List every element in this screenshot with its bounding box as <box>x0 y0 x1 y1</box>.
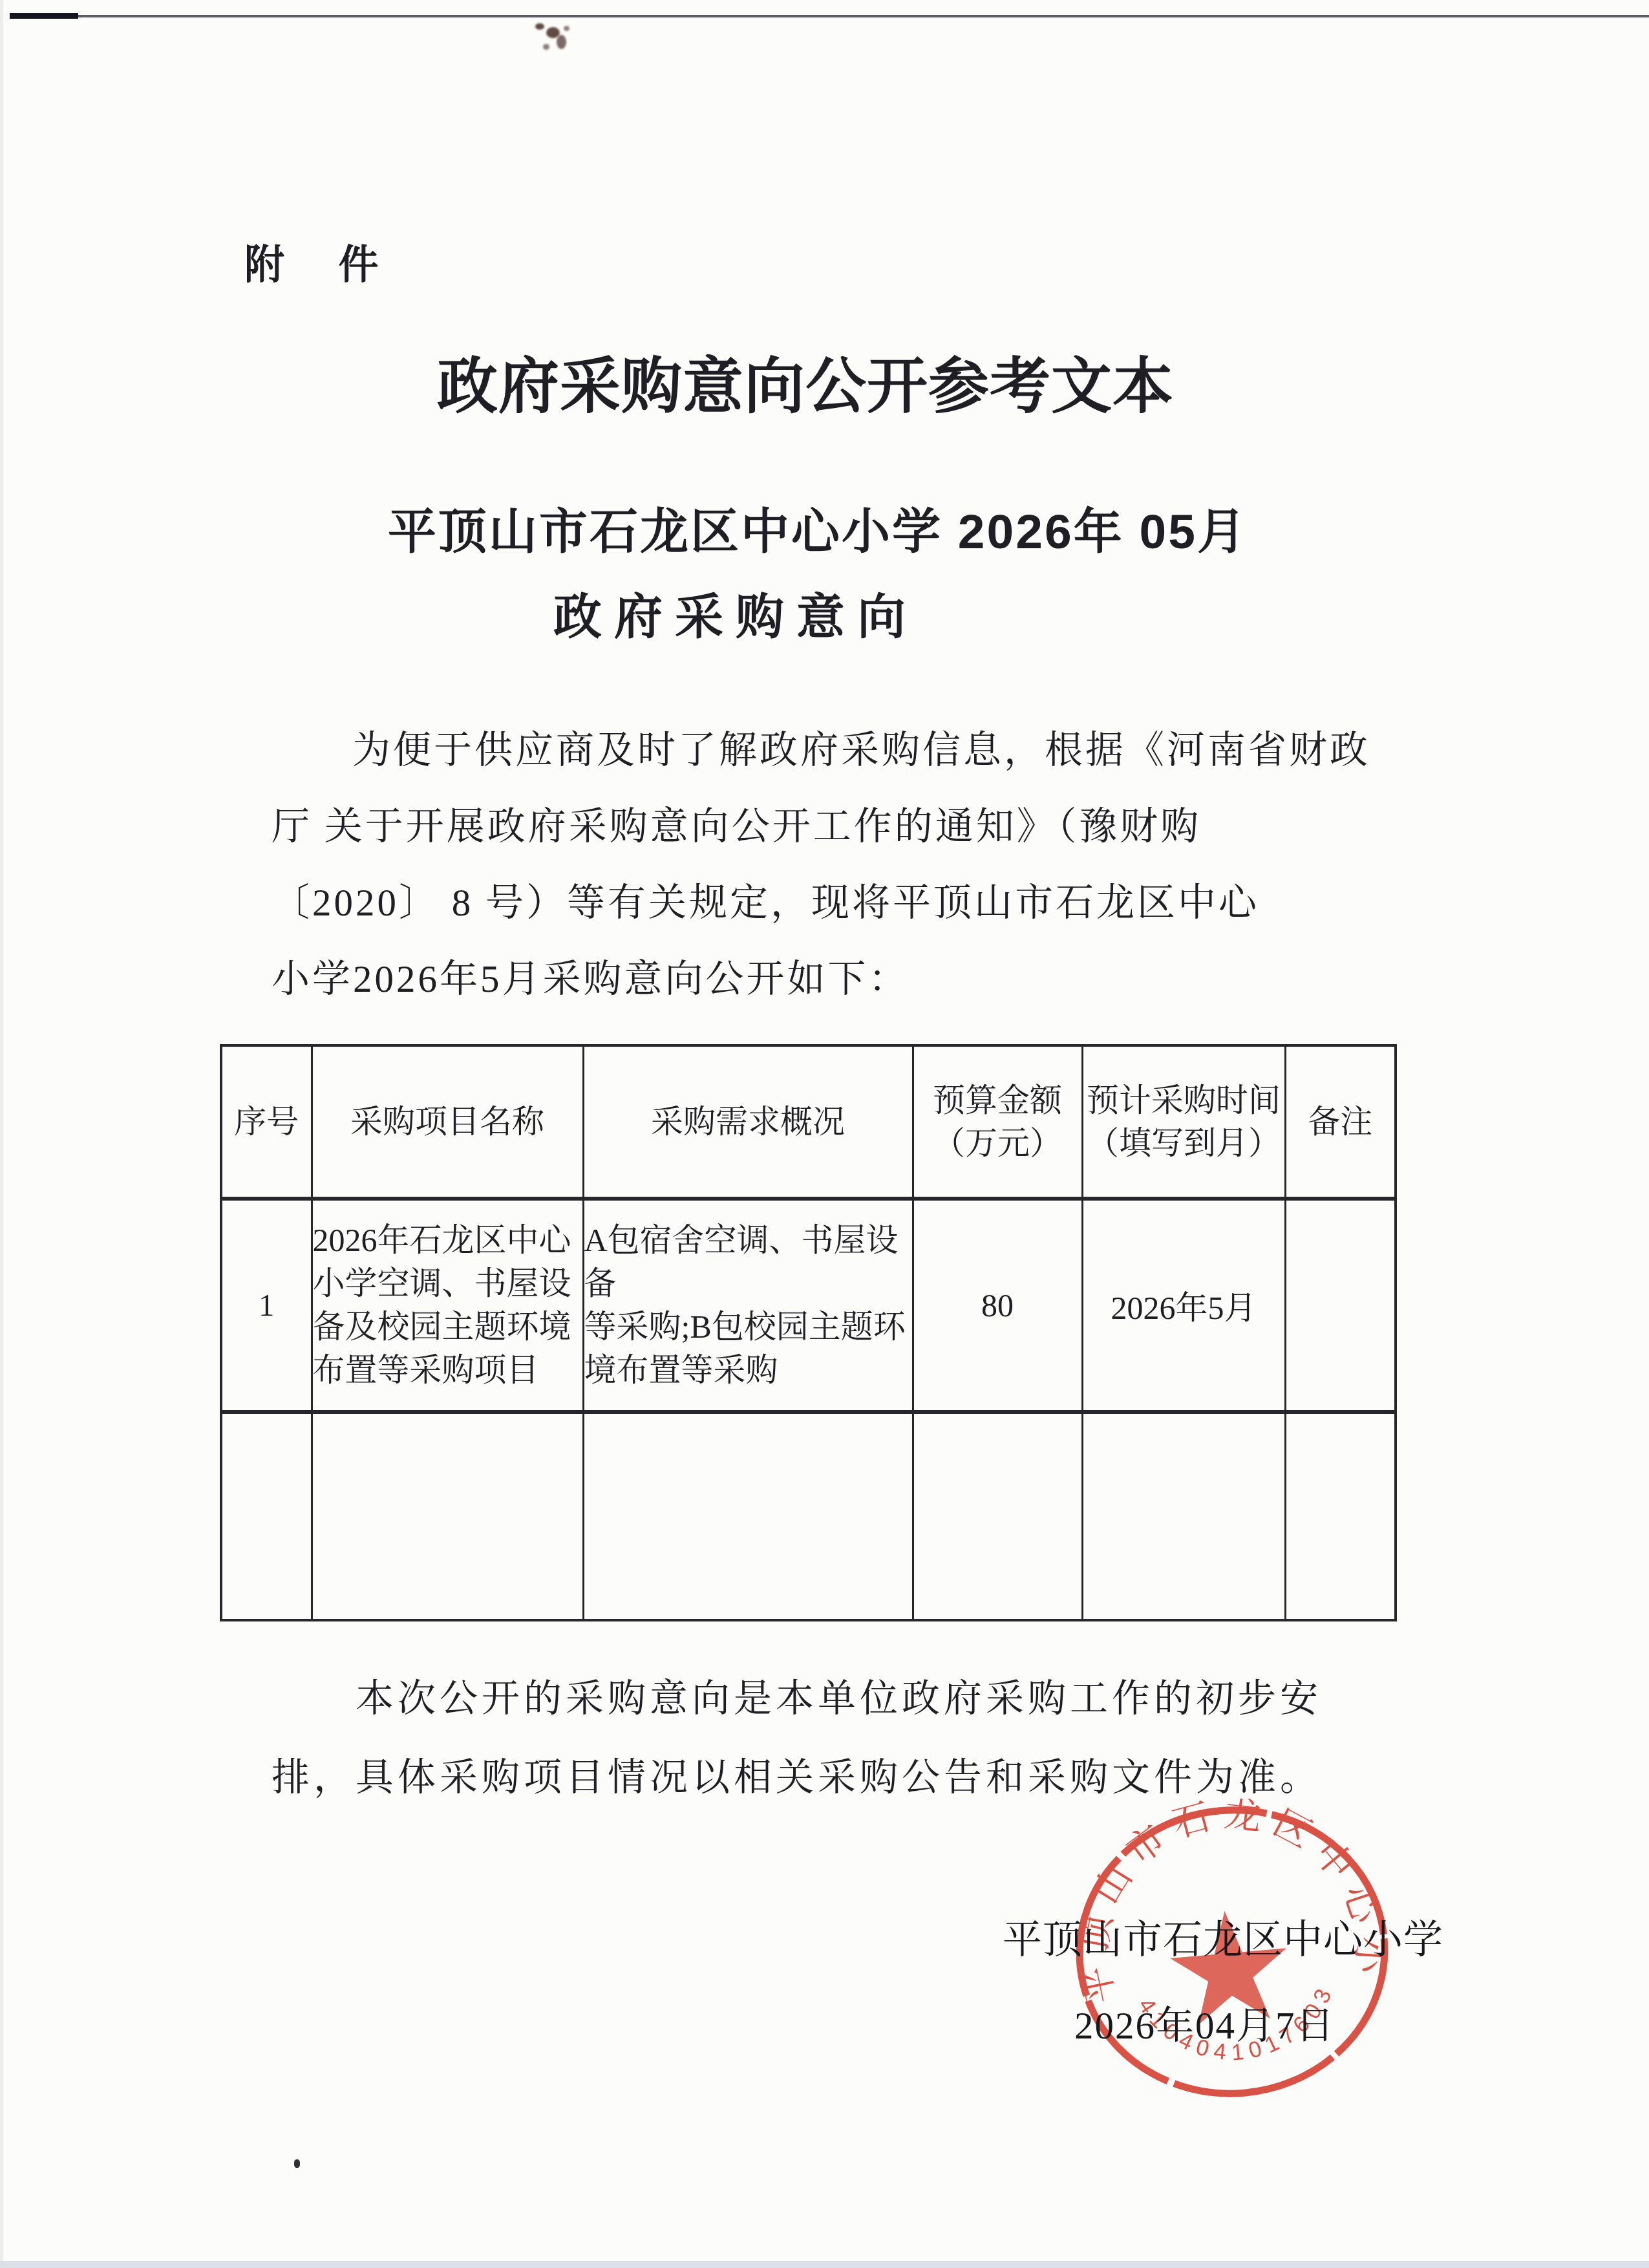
closing-paragraph: 本次公开的采购意向是本单位政府采购工作的初步安 排，具体采购项目情况以相关采购公… <box>271 1659 1500 1817</box>
col-header-budget: 预算金额 （万元） <box>913 1045 1082 1199</box>
ink-smudge <box>535 23 544 30</box>
table-row-empty <box>221 1412 1396 1620</box>
signature-organization: 平顶山市石龙区中心小学 <box>1003 1909 1443 1965</box>
col-header-seq: 序号 <box>221 1045 312 1199</box>
scan-left-edge <box>0 0 3 2268</box>
col-header-demand-overview: 采购需求概况 <box>583 1045 913 1199</box>
cell-project-name: 2026年石龙区中心 小学空调、书屋设 备及校园主题环境 布置等采购项目 <box>312 1199 583 1412</box>
cell-note <box>1285 1199 1396 1412</box>
scan-edge-line <box>10 15 1649 17</box>
cell-demand-overview: A包宿舍空调、书屋设备 等采购;B包校园主题环 境布置等采购 <box>583 1199 913 1412</box>
cell-seq: 1 <box>221 1199 312 1412</box>
cell-time <box>1082 1412 1285 1620</box>
cell-seq <box>221 1412 312 1620</box>
cell-note <box>1285 1412 1396 1620</box>
cell-budget: 80 <box>913 1199 1082 1412</box>
scanned-document-page: 附 件 政府采购意向公开参考文本 平顶山市石龙区中心小学 2026年 05月 政… <box>0 0 1649 2268</box>
col-header-project-name: 采购项目名称 <box>312 1045 583 1199</box>
attachment-label: 附 件 <box>244 233 380 290</box>
document-subtitle-line1: 平顶山市石龙区中心小学 2026年 05月 <box>388 493 1248 562</box>
ink-smudge <box>557 35 566 49</box>
table-header-row: 序号 采购项目名称 采购需求概况 预算金额 （万元） 预计采购时间 （填写到月）… <box>221 1045 1396 1199</box>
cell-time: 2026年5月 <box>1082 1199 1285 1412</box>
intro-paragraph: 为便于供应商及时了解政府采购信息，根据《河南省财政 厅 关于开展政府采购意向公开… <box>271 712 1500 1017</box>
signature-date: 2026年04月7日 <box>1074 1995 1335 2049</box>
procurement-table: 序号 采购项目名称 采购需求概况 预算金额 （万元） 预计采购时间 （填写到月）… <box>220 1044 1397 1621</box>
document-subtitle-line2: 政府采购意向 <box>553 579 918 648</box>
col-header-time: 预计采购时间 （填写到月） <box>1082 1045 1285 1199</box>
col-header-note: 备注 <box>1285 1045 1396 1199</box>
cell-project-name <box>312 1412 583 1620</box>
scan-bottom-edge <box>0 2261 1649 2268</box>
scan-speck <box>294 2159 300 2168</box>
cell-budget <box>913 1412 1082 1620</box>
ink-smudge <box>543 44 549 50</box>
table-row: 1 2026年石龙区中心 小学空调、书屋设 备及校园主题环境 布置等采购项目 A… <box>221 1199 1396 1412</box>
scan-edge-dark-segment <box>10 13 78 19</box>
ink-smudge <box>564 26 569 31</box>
cell-demand-overview <box>583 1412 913 1620</box>
document-title: 政府采购意向公开参考文本 <box>437 337 1174 425</box>
